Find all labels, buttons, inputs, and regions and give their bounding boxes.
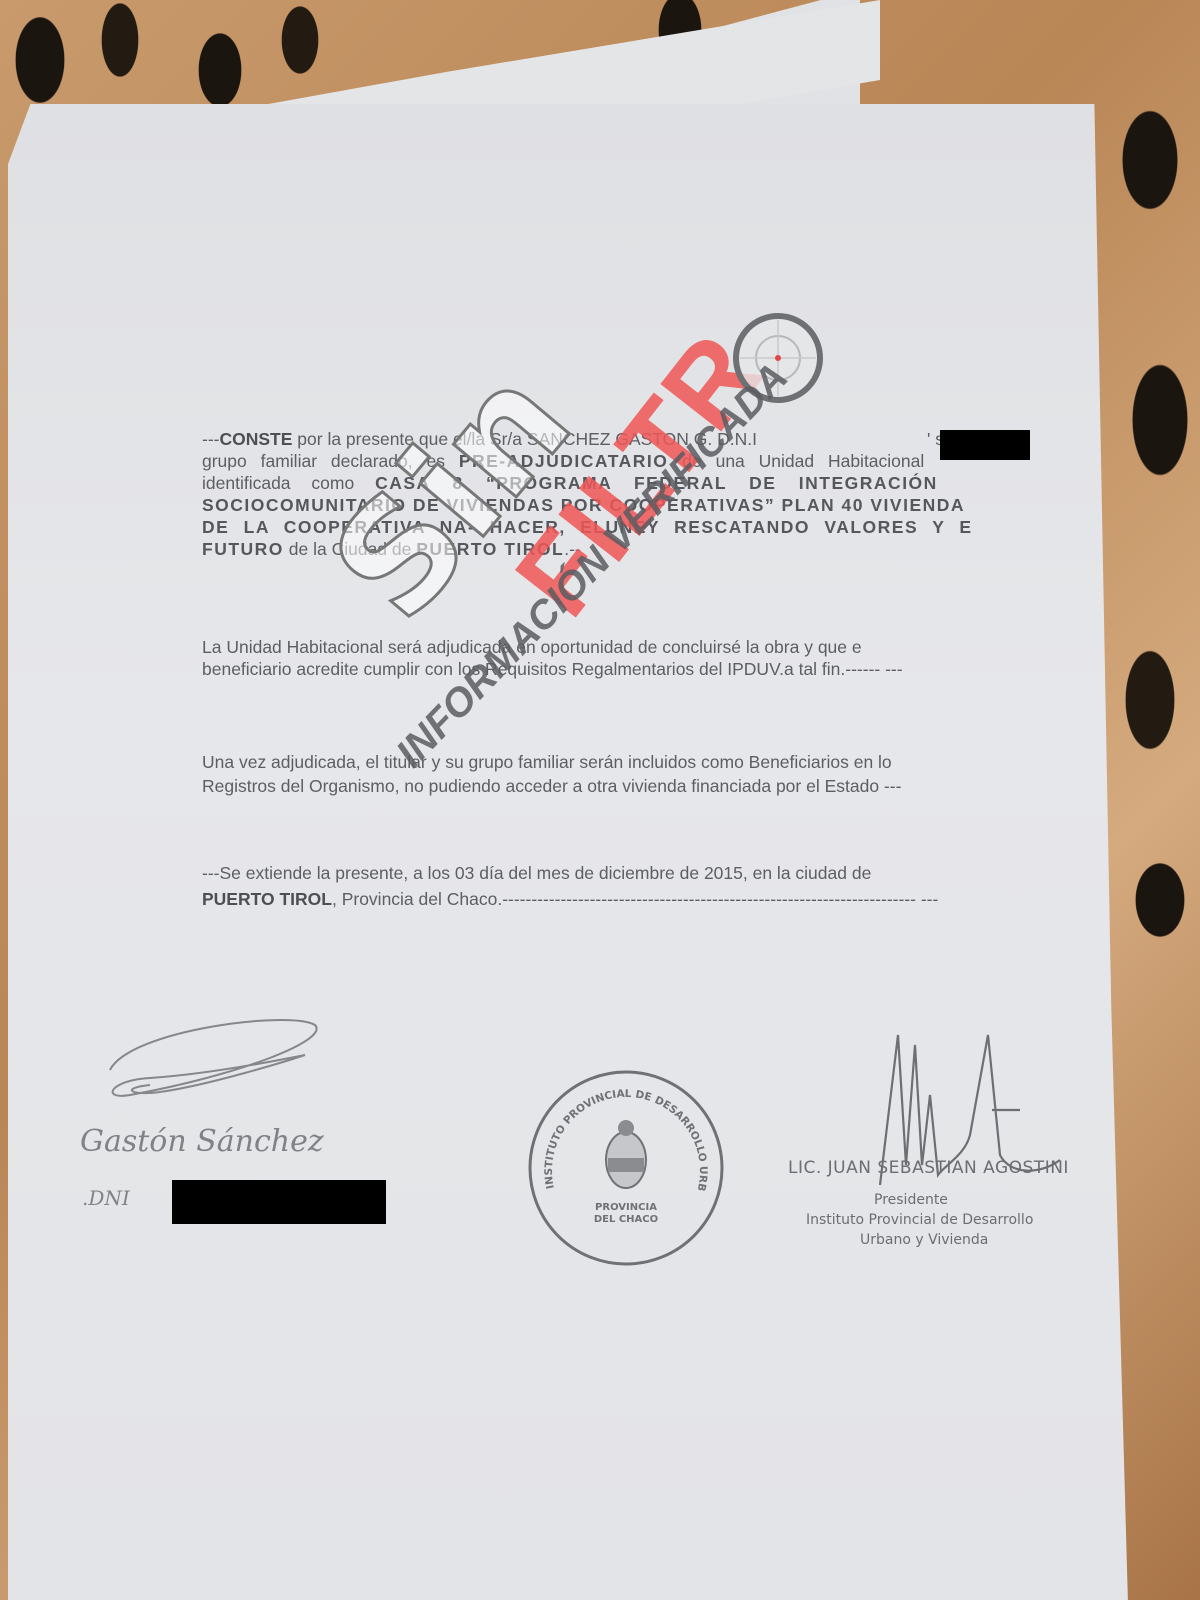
p1-line3: identificada como CASA 8 “PROGRAMA FEDER… [202,472,1082,494]
seal-center-line1: PROVINCIA [595,1202,657,1213]
p3-line2: Registros del Organismo, no pudiendo acc… [202,774,1082,798]
paragraph-adjudication: La Unidad Habitacional será adjudicada e… [202,636,1082,680]
beneficiary-dni-label: .DNI [82,1186,130,1210]
redacted-dni-box [940,430,1030,460]
p1-line5: DE LA COOPERATIVA NA- HACER, ELUNEY RESC… [202,516,1082,538]
p4-line1: ---Se extiende la presente, a los 03 día… [202,860,1082,886]
p2-line1: La Unidad Habitacional será adjudicada e… [202,636,1082,658]
paragraph-date-place: ---Se extiende la presente, a los 03 día… [202,860,1082,912]
p1-line4: SOCIOCOMUNITARIO DE VIVIENDAS POR COOPER… [202,494,1082,516]
seal-center-line2: DEL CHACO [594,1214,658,1225]
document: ---CONSTE por la presente que el/la Sr/a… [0,0,1200,1600]
p3-line1: Una vez adjudicada, el titular y su grup… [202,750,1082,774]
official-org-line1: Instituto Provincial de Desarrollo [806,1212,1033,1228]
official-name: LIC. JUAN SEBASTIAN AGOSTINI [788,1158,1069,1178]
p1-line6: FUTURO de la Ciudad de PUERTO TIROL.-- [202,538,1082,560]
official-org-line2: Urbano y Vivienda [860,1232,988,1248]
p4-line2: PUERTO TIROL, Provincia del Chaco.------… [202,886,1082,912]
p2-line2: beneficiario acredite cumplir con los Re… [202,658,1082,680]
paragraph-registry: Una vez adjudicada, el titular y su grup… [202,750,1082,798]
official-title: Presidente [874,1192,948,1208]
official-seal: INSTITUTO PROVINCIAL DE DESARROLLO URBAN… [526,1068,726,1268]
beneficiary-signature-scrawl [90,1000,330,1110]
coat-of-arms-icon [606,1120,646,1188]
beneficiary-handwritten-name: Gastón Sánchez [80,1124,324,1159]
redacted-beneficiary-dni [172,1180,386,1224]
